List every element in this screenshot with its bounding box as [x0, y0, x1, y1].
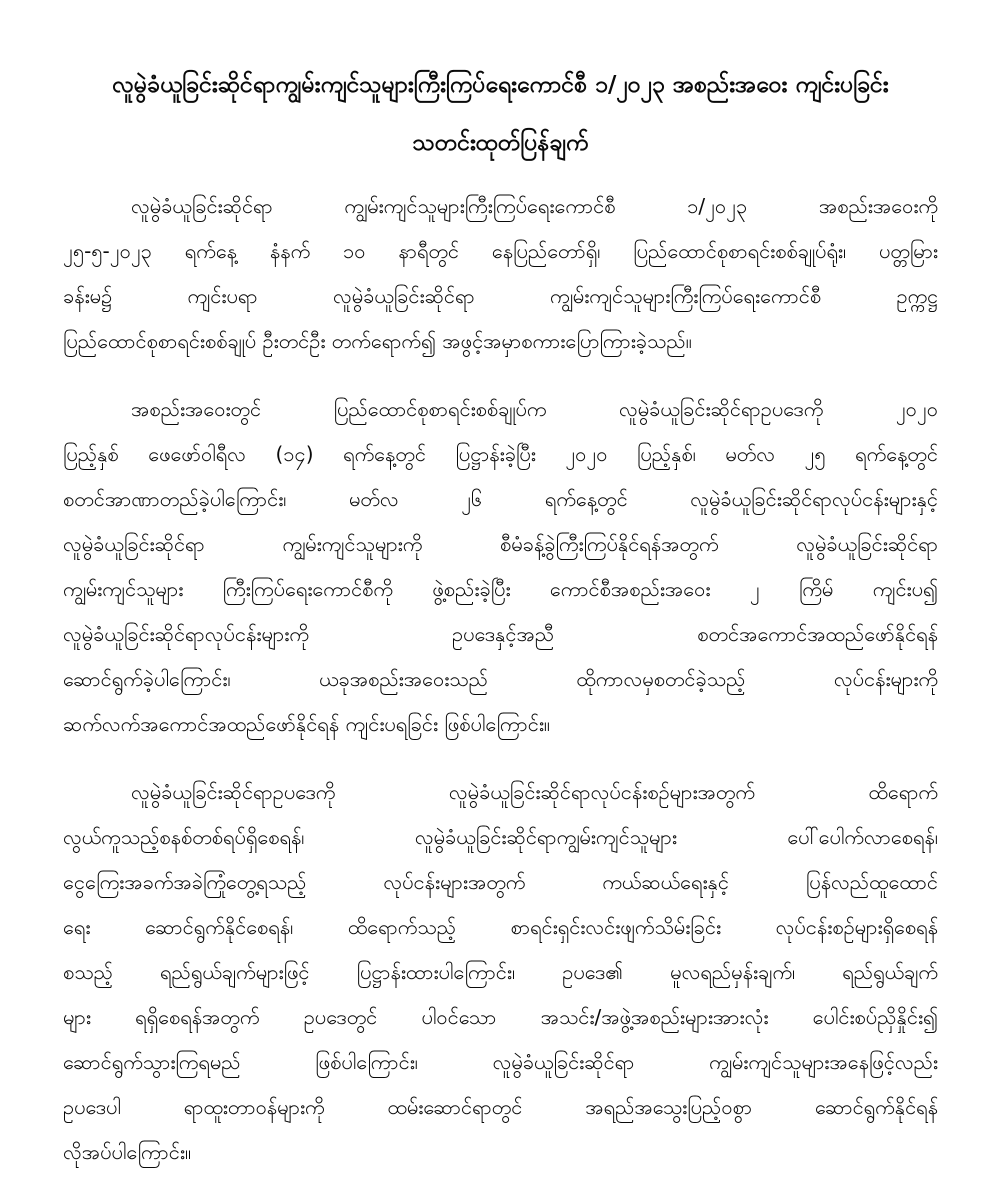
text-line: အစည်းအဝေးတွင် ပြည်ထောင်စုစာရင်းစစ်ချုပ်က… [63, 387, 938, 432]
text-line: လူမွဲခံယူခြင်းဆိုင်ရာဥပဒေကို လူမွဲခံယူခြ… [63, 770, 938, 815]
text-line: လူမွဲခံယူခြင်းဆိုင်ရာ ကျွမ်းကျင်သူများကိ… [63, 522, 938, 567]
text-line: စသည့် ရည်ရွယ်ချက်များဖြင့် ပြဋ္ဌာန်းထားပ… [63, 950, 938, 995]
text-line: ပြည်ထောင်စုစာရင်းစစ်ချုပ် ဦးတင်ဦး တက်ရော… [63, 319, 938, 364]
text-line: ဆောင်ရွက်ခဲ့ပါကြောင်း၊ ယခုအစည်းအဝေးသည် ထ… [63, 657, 938, 702]
title-line-1: လူမွဲခံယူခြင်းဆိုင်ရာကျွမ်းကျင်သူများကြီ… [63, 56, 938, 114]
title-line-2: သတင်းထုတ်ပြန်ချက် [63, 114, 938, 172]
text-line: လူမွဲခံယူခြင်းဆိုင်ရာလုပ်ငန်းများကို ဥပဒ… [63, 612, 938, 657]
text-line: လိုအပ်ပါကြောင်း။ [63, 1130, 938, 1175]
text-line: ခန်းမ၌ ကျင်းပရာ လူမွဲခံယူခြင်းဆိုင်ရာ ကျ… [63, 274, 938, 319]
document-page: လူမွဲခံယူခြင်းဆိုင်ရာကျွမ်းကျင်သူများကြီ… [0, 0, 1000, 1200]
text-line: ပြည့်နှစ် ဖေဖော်ဝါရီလ (၁၄) ရက်နေ့တွင် ပြ… [63, 432, 938, 477]
document-title: လူမွဲခံယူခြင်းဆိုင်ရာကျွမ်းကျင်သူများကြီ… [63, 56, 938, 172]
text-line: ၂၅-၅-၂၀၂၃ ရက်နေ့ နံနက် ၁၀ နာရီတွင် နေပြည… [63, 229, 938, 274]
text-line: ကျွမ်းကျင်သူများ ကြီးကြပ်ရေးကောင်စီကို ဖ… [63, 567, 938, 612]
text-line: ဆောင်ရွက်သွားကြရမည် ဖြစ်ပါကြောင်း၊ လူမွဲ… [63, 1040, 938, 1085]
text-line: များ ရရှိစေရန်အတွက် ဥပဒေတွင် ပါဝင်သော အသ… [63, 995, 938, 1040]
paragraph-3: လူမွဲခံယူခြင်းဆိုင်ရာဥပဒေကို လူမွဲခံယူခြ… [63, 770, 938, 1175]
text-line: ငွေကြေးအခက်အခဲကြုံတွေ့ရသည့် လုပ်ငန်းများ… [63, 860, 938, 905]
paragraph-2: အစည်းအဝေးတွင် ပြည်ထောင်စုစာရင်းစစ်ချုပ်က… [63, 387, 938, 747]
text-line: ဆက်လက်အကောင်အထည်ဖော်နိုင်ရန် ကျင်းပရခြင်… [63, 702, 938, 747]
text-line: စတင်အာဏာတည်ခဲ့ပါကြောင်း၊ မတ်လ ၂၆ ရက်နေ့တ… [63, 477, 938, 522]
text-line: လူမွဲခံယူခြင်းဆိုင်ရာ ကျွမ်းကျင်သူများကြ… [63, 184, 938, 229]
text-line: လွယ်ကူသည့်စနစ်တစ်ရပ်ရှိစေရန်၊ လူမွဲခံယူခ… [63, 815, 938, 860]
paragraph-1: လူမွဲခံယူခြင်းဆိုင်ရာ ကျွမ်းကျင်သူများကြ… [63, 184, 938, 364]
text-line: ရေး ဆောင်ရွက်နိုင်စေရန်၊ ထိရောက်သည့် စာရ… [63, 905, 938, 950]
text-line: ဥပဒေပါ ရာထူးတာဝန်များကို ထမ်းဆောင်ရာတွင်… [63, 1085, 938, 1130]
